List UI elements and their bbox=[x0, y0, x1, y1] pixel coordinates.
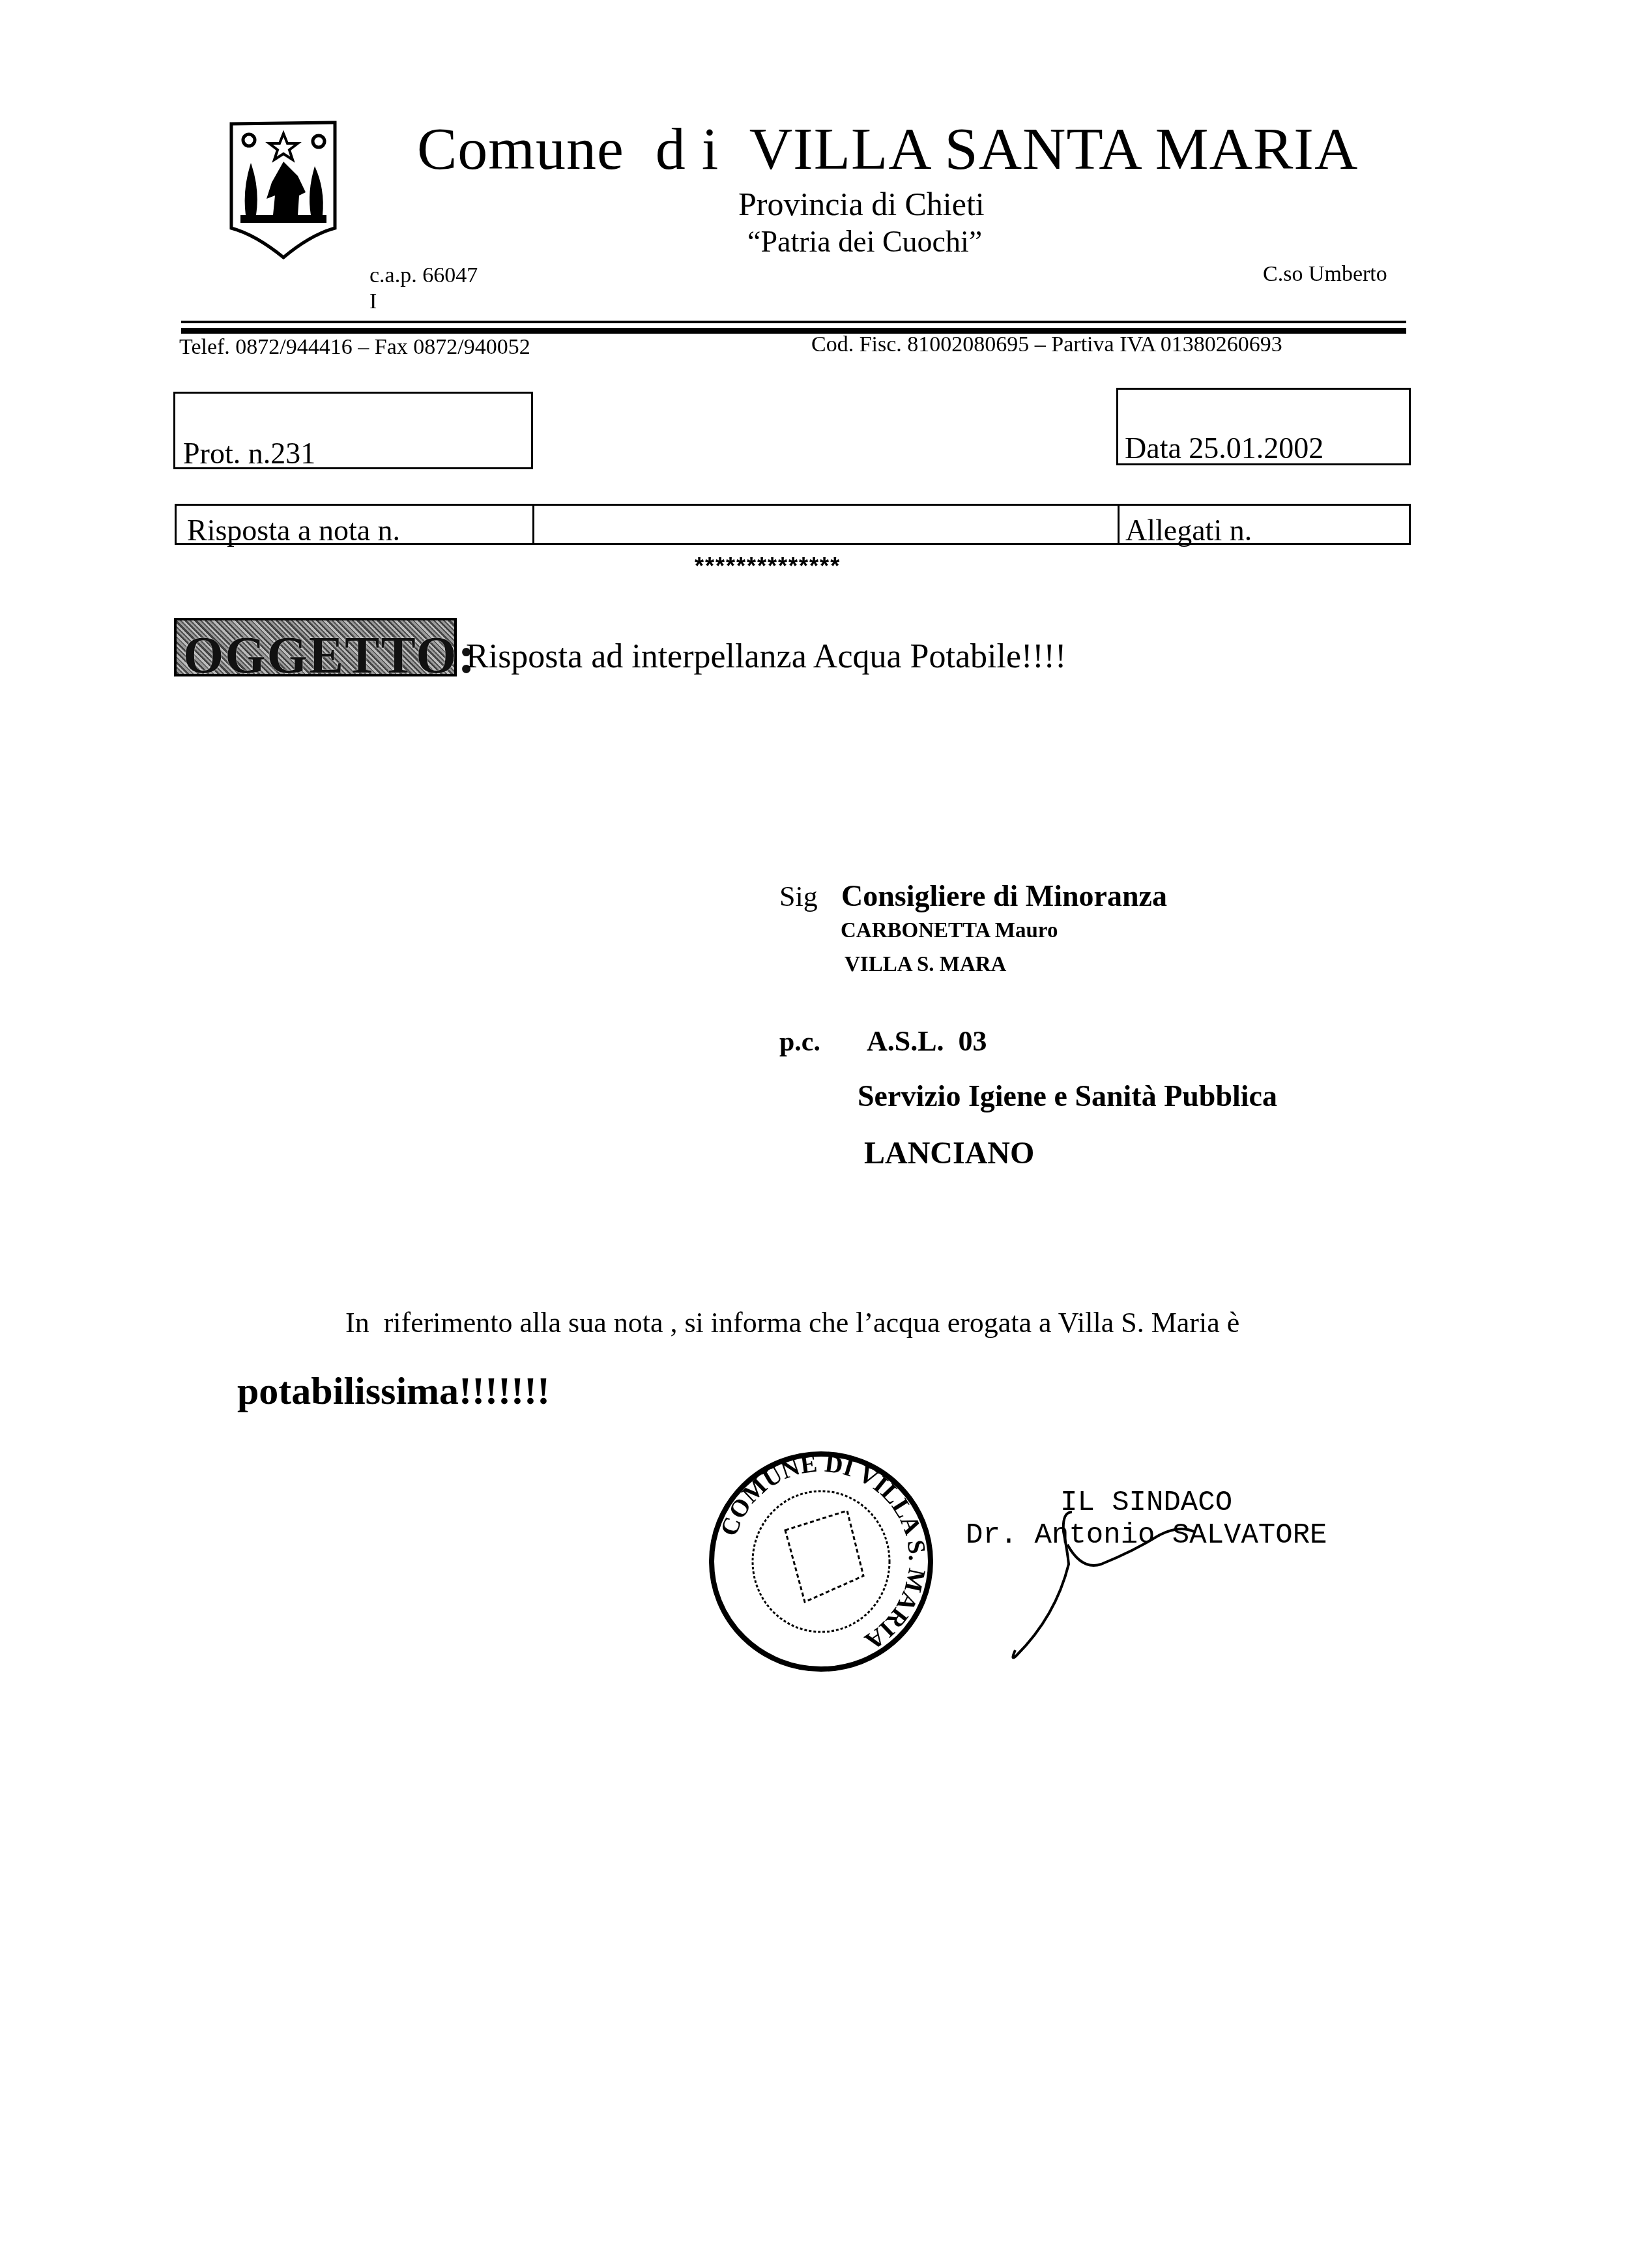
document-date: Data 25.01.2002 bbox=[1125, 432, 1323, 465]
municipality-title: Comune d i VILLA SANTA MARIA bbox=[417, 116, 1358, 181]
subject-badge-label: OGGETTO: bbox=[183, 630, 476, 682]
recipient-prefix: Sig bbox=[779, 880, 818, 913]
tax-ids: Cod. Fisc. 81002080695 – Partiva IVA 013… bbox=[811, 332, 1282, 357]
cc-city: LANCIANO bbox=[864, 1135, 1034, 1171]
protocol-number: Prot. n.231 bbox=[183, 437, 315, 470]
handwritten-signature-icon bbox=[990, 1473, 1264, 1681]
recipient-name: CARBONETTA Mauro bbox=[841, 919, 1058, 943]
separator-stars: ************** bbox=[695, 553, 841, 580]
body-line-1: In riferimento alla sua nota , si inform… bbox=[345, 1306, 1239, 1339]
coat-of-arms-icon bbox=[226, 117, 340, 261]
row-divider bbox=[1118, 506, 1120, 543]
municipality-motto: “Patria dei Cuochi” bbox=[747, 225, 982, 259]
header-rule-thin bbox=[181, 321, 1406, 323]
reply-reference-row: Risposta a nota n. Allegati n. bbox=[175, 504, 1411, 545]
row-divider bbox=[532, 506, 534, 543]
postal-code-mark: I bbox=[369, 289, 377, 314]
subject-text: Risposta ad interpellanza Acqua Potabile… bbox=[466, 637, 1066, 676]
street-address: C.so Umberto bbox=[1263, 262, 1387, 287]
official-seal-icon: COMUNE DI VILLA S. MARIA bbox=[707, 1446, 935, 1674]
protocol-number-box: Prot. n.231 bbox=[173, 392, 533, 469]
attachments-label: Allegati n. bbox=[1125, 514, 1252, 547]
date-box: Data 25.01.2002 bbox=[1116, 388, 1411, 465]
body-line-2: potabilissima!!!!!!! bbox=[237, 1369, 550, 1414]
recipient-title: Consigliere di Minoranza bbox=[841, 879, 1167, 913]
cc-organization: A.S.L. 03 bbox=[867, 1025, 987, 1058]
seal-text: COMUNE DI VILLA S. MARIA bbox=[716, 1450, 931, 1655]
phone-fax: Telef. 0872/944416 – Fax 0872/940052 bbox=[179, 335, 530, 360]
province-name: Provincia di Chieti bbox=[738, 186, 985, 222]
reply-label: Risposta a nota n. bbox=[187, 514, 400, 547]
cc-service: Servizio Igiene e Sanità Pubblica bbox=[858, 1079, 1277, 1113]
recipient-town: VILLA S. MARA bbox=[845, 953, 1006, 977]
svg-text:COMUNE DI VILLA S. MARIA: COMUNE DI VILLA S. MARIA bbox=[716, 1450, 931, 1655]
cc-prefix: p.c. bbox=[779, 1026, 820, 1058]
postal-code: c.a.p. 66047 bbox=[369, 263, 478, 288]
subject-badge: OGGETTO: bbox=[174, 618, 457, 676]
